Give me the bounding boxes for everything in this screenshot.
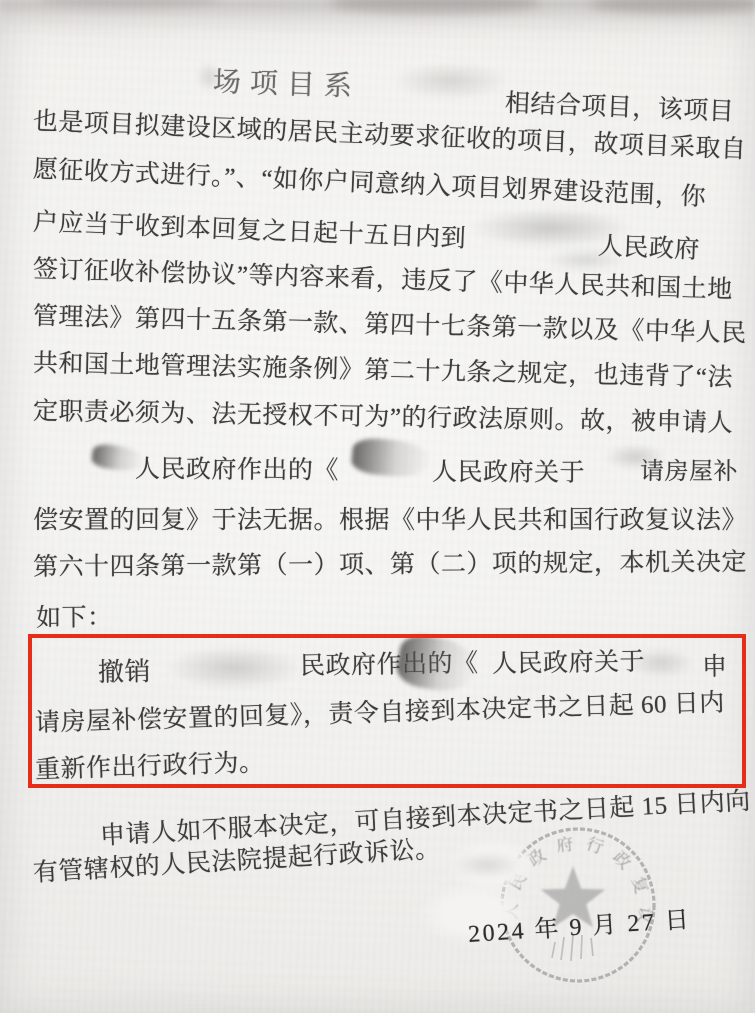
text-line: 民政府作出的《: [300, 643, 479, 682]
text-line: 撤销: [98, 651, 152, 689]
redaction-smudge: [166, 646, 302, 690]
text-line: 请房屋补偿安置的回复》，责令自接到本决定书之日起 60 日内: [34, 683, 725, 739]
text-line: 请房屋补: [640, 451, 738, 486]
scanned-document-page: 场项目系 相结合项目，该项目 也是项目拟建设区域的居民主动要求征收的项目，故项目…: [0, 0, 755, 1013]
text-line: 人民政府关于: [432, 452, 585, 489]
text-line: 重新作出行政行为。: [34, 742, 265, 786]
text-line: 偿安置的回复》于法无据。根据《中华人民共和国行政复议法》: [33, 500, 747, 536]
text-line: 管理法》第四十五条第一款、第四十七条第一款以及《中华人民: [33, 296, 748, 349]
text-line: 户应当于收到本回复之日起十五日内到: [32, 202, 467, 255]
text-line: 场项目系: [212, 60, 361, 105]
redaction-smudge: [351, 437, 434, 480]
text-line: 人民政府作出的《: [135, 449, 339, 486]
text-line: 人民政府关于: [492, 642, 646, 680]
scan-noise: [330, 0, 540, 14]
text-line: 第六十四条第一款第（一）项、第（二）项的规定，本机关决定: [33, 542, 747, 583]
text-line: 如下：: [36, 597, 113, 634]
text-line: 人民政府: [597, 226, 700, 266]
text-line: 共和国土地管理法实施条例》第二十九条之规定，也违背了“法: [33, 343, 734, 394]
text-line: 定职责必须为、法无授权不可为”的行政法原则。故，被申请人: [33, 391, 734, 439]
scan-edge-shadow: [0, 0, 755, 34]
text-line: 申: [702, 647, 728, 683]
scan-noise: [590, 0, 755, 14]
redaction-smudge: [392, 62, 510, 100]
scan-noise: [40, 0, 220, 8]
